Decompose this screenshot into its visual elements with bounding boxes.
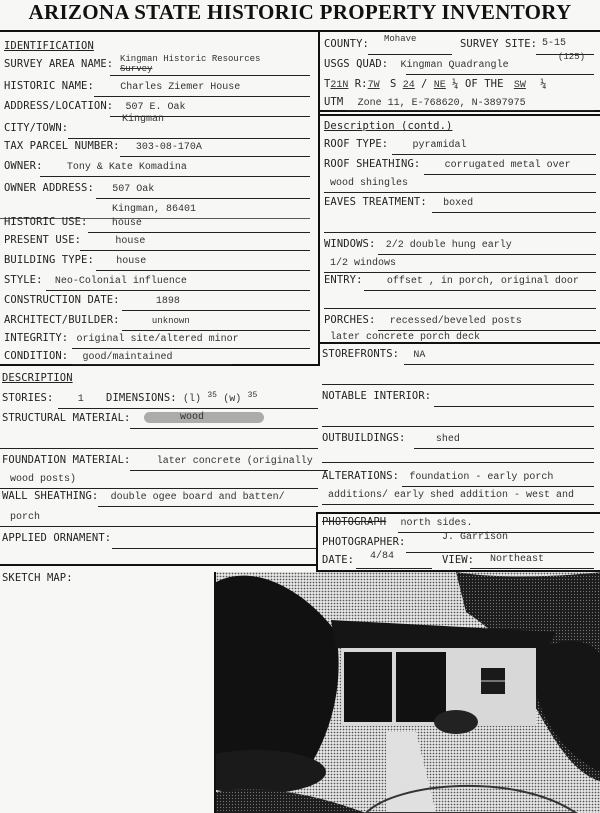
historic-use-field: HISTORIC USE: house bbox=[4, 212, 142, 232]
wall-sheathing-field: WALL SHEATHING: double ogee board and ba… bbox=[2, 486, 285, 506]
photograph-section: PHOTOGRAPH north sides. PHOTOGRAPHER: J.… bbox=[316, 512, 600, 572]
wall-sheathing-line2: porch bbox=[10, 506, 40, 526]
eaves-field: EAVES TREATMENT: boxed bbox=[324, 192, 473, 212]
roof-sheathing-line2: wood shingles bbox=[330, 172, 408, 192]
sketch-map-area: SKETCH MAP: bbox=[0, 566, 214, 813]
structural-material-field: STRUCTURAL MATERIAL: wood bbox=[2, 408, 130, 428]
construction-date-field: CONSTRUCTION DATE: 1898 bbox=[4, 290, 180, 310]
date-field: DATE: 4/84 VIEW: Northeast bbox=[322, 550, 354, 570]
owner-address-field: OWNER ADDRESS: 507 Oak bbox=[4, 178, 154, 198]
integrity-field: INTEGRITY: original site/altered minor bbox=[4, 328, 239, 348]
description-header: DESCRIPTION bbox=[2, 368, 73, 388]
alterations-field: ALTERATIONS: foundation - early porch bbox=[322, 466, 553, 486]
roof-sheathing-field: ROOF SHEATHING: corrugated metal over bbox=[324, 154, 571, 174]
porches-line2: later concrete porch deck bbox=[330, 326, 480, 346]
sketch-map-label: SKETCH MAP: bbox=[2, 568, 73, 588]
entry-field: ENTRY: offset , in porch, original door bbox=[324, 270, 579, 290]
foundation-line2: wood posts) bbox=[10, 468, 76, 488]
utm-field: UTM Zone 11, E-768620, N-3897975 bbox=[324, 92, 526, 112]
description-section: DESCRIPTION STORIES: 1 DIMENSIONS: (l) 3… bbox=[0, 368, 320, 568]
foundation-field: FOUNDATION MATERIAL: later concrete (ori… bbox=[2, 450, 313, 470]
house-photo-illustration bbox=[216, 572, 600, 813]
form-title: ARIZONA STATE HISTORIC PROPERTY INVENTOR… bbox=[0, 0, 600, 24]
survey-area-name-field: SURVEY AREA NAME: Kingman Historic Resou… bbox=[4, 54, 113, 74]
identification-header: IDENTIFICATION bbox=[4, 36, 94, 56]
alterations-line2: additions/ early shed addition - west an… bbox=[328, 484, 574, 504]
description-contd-lower: STOREFRONTS: NA NOTABLE INTERIOR: OUTBUI… bbox=[318, 344, 600, 514]
description-contd-section: Description (contd.) ROOF TYPE: pyramida… bbox=[318, 114, 600, 344]
windows-line2: 1/2 windows bbox=[330, 252, 396, 272]
storefronts-field: STOREFRONTS: NA bbox=[322, 344, 425, 364]
condition-field: CONDITION: good/maintained bbox=[4, 346, 173, 366]
outbuildings-field: OUTBUILDINGS: shed bbox=[322, 428, 460, 448]
location-section: COUNTY: Mohave SURVEY SITE: 5-15 USGS QU… bbox=[318, 30, 600, 112]
historic-name-field: HISTORIC NAME: Charles Ziemer House bbox=[4, 76, 240, 96]
roof-type-field: ROOF TYPE: pyramidal bbox=[324, 134, 467, 154]
usgs-quad-field: USGS QUAD: Kingman Quadrangle (125) bbox=[324, 54, 509, 74]
windows-field: WINDOWS: 2/2 double hung early bbox=[324, 234, 512, 254]
house-photograph bbox=[214, 572, 600, 813]
style-field: STYLE: Neo-Colonial influence bbox=[4, 270, 187, 290]
notable-interior-field: NOTABLE INTERIOR: bbox=[322, 386, 431, 406]
description-contd-header: Description (contd.) bbox=[324, 116, 452, 136]
township-range-field: T21N R:7W S 24 / NE ¼ OF THE SW ¼ bbox=[324, 74, 547, 94]
county-field: COUNTY: Mohave SURVEY SITE: 5-15 bbox=[324, 34, 369, 54]
tax-parcel-field: TAX PARCEL NUMBER: 303-08-170A bbox=[4, 136, 202, 156]
building-type-field: BUILDING TYPE: house bbox=[4, 250, 146, 270]
identification-section: IDENTIFICATION SURVEY AREA NAME: Kingman… bbox=[0, 30, 320, 366]
city-field: CITY/TOWN: Kingman bbox=[4, 118, 68, 138]
applied-ornament-field: APPLIED ORNAMENT: bbox=[2, 528, 111, 548]
present-use-field: PRESENT USE: house bbox=[4, 230, 145, 250]
owner-field: OWNER: Tony & Kate Komadina bbox=[4, 156, 187, 176]
architect-field: ARCHITECT/BUILDER: unknown bbox=[4, 310, 190, 330]
stories-field: STORIES: 1 DIMENSIONS: (l) 35 (w) 35 bbox=[2, 388, 257, 408]
